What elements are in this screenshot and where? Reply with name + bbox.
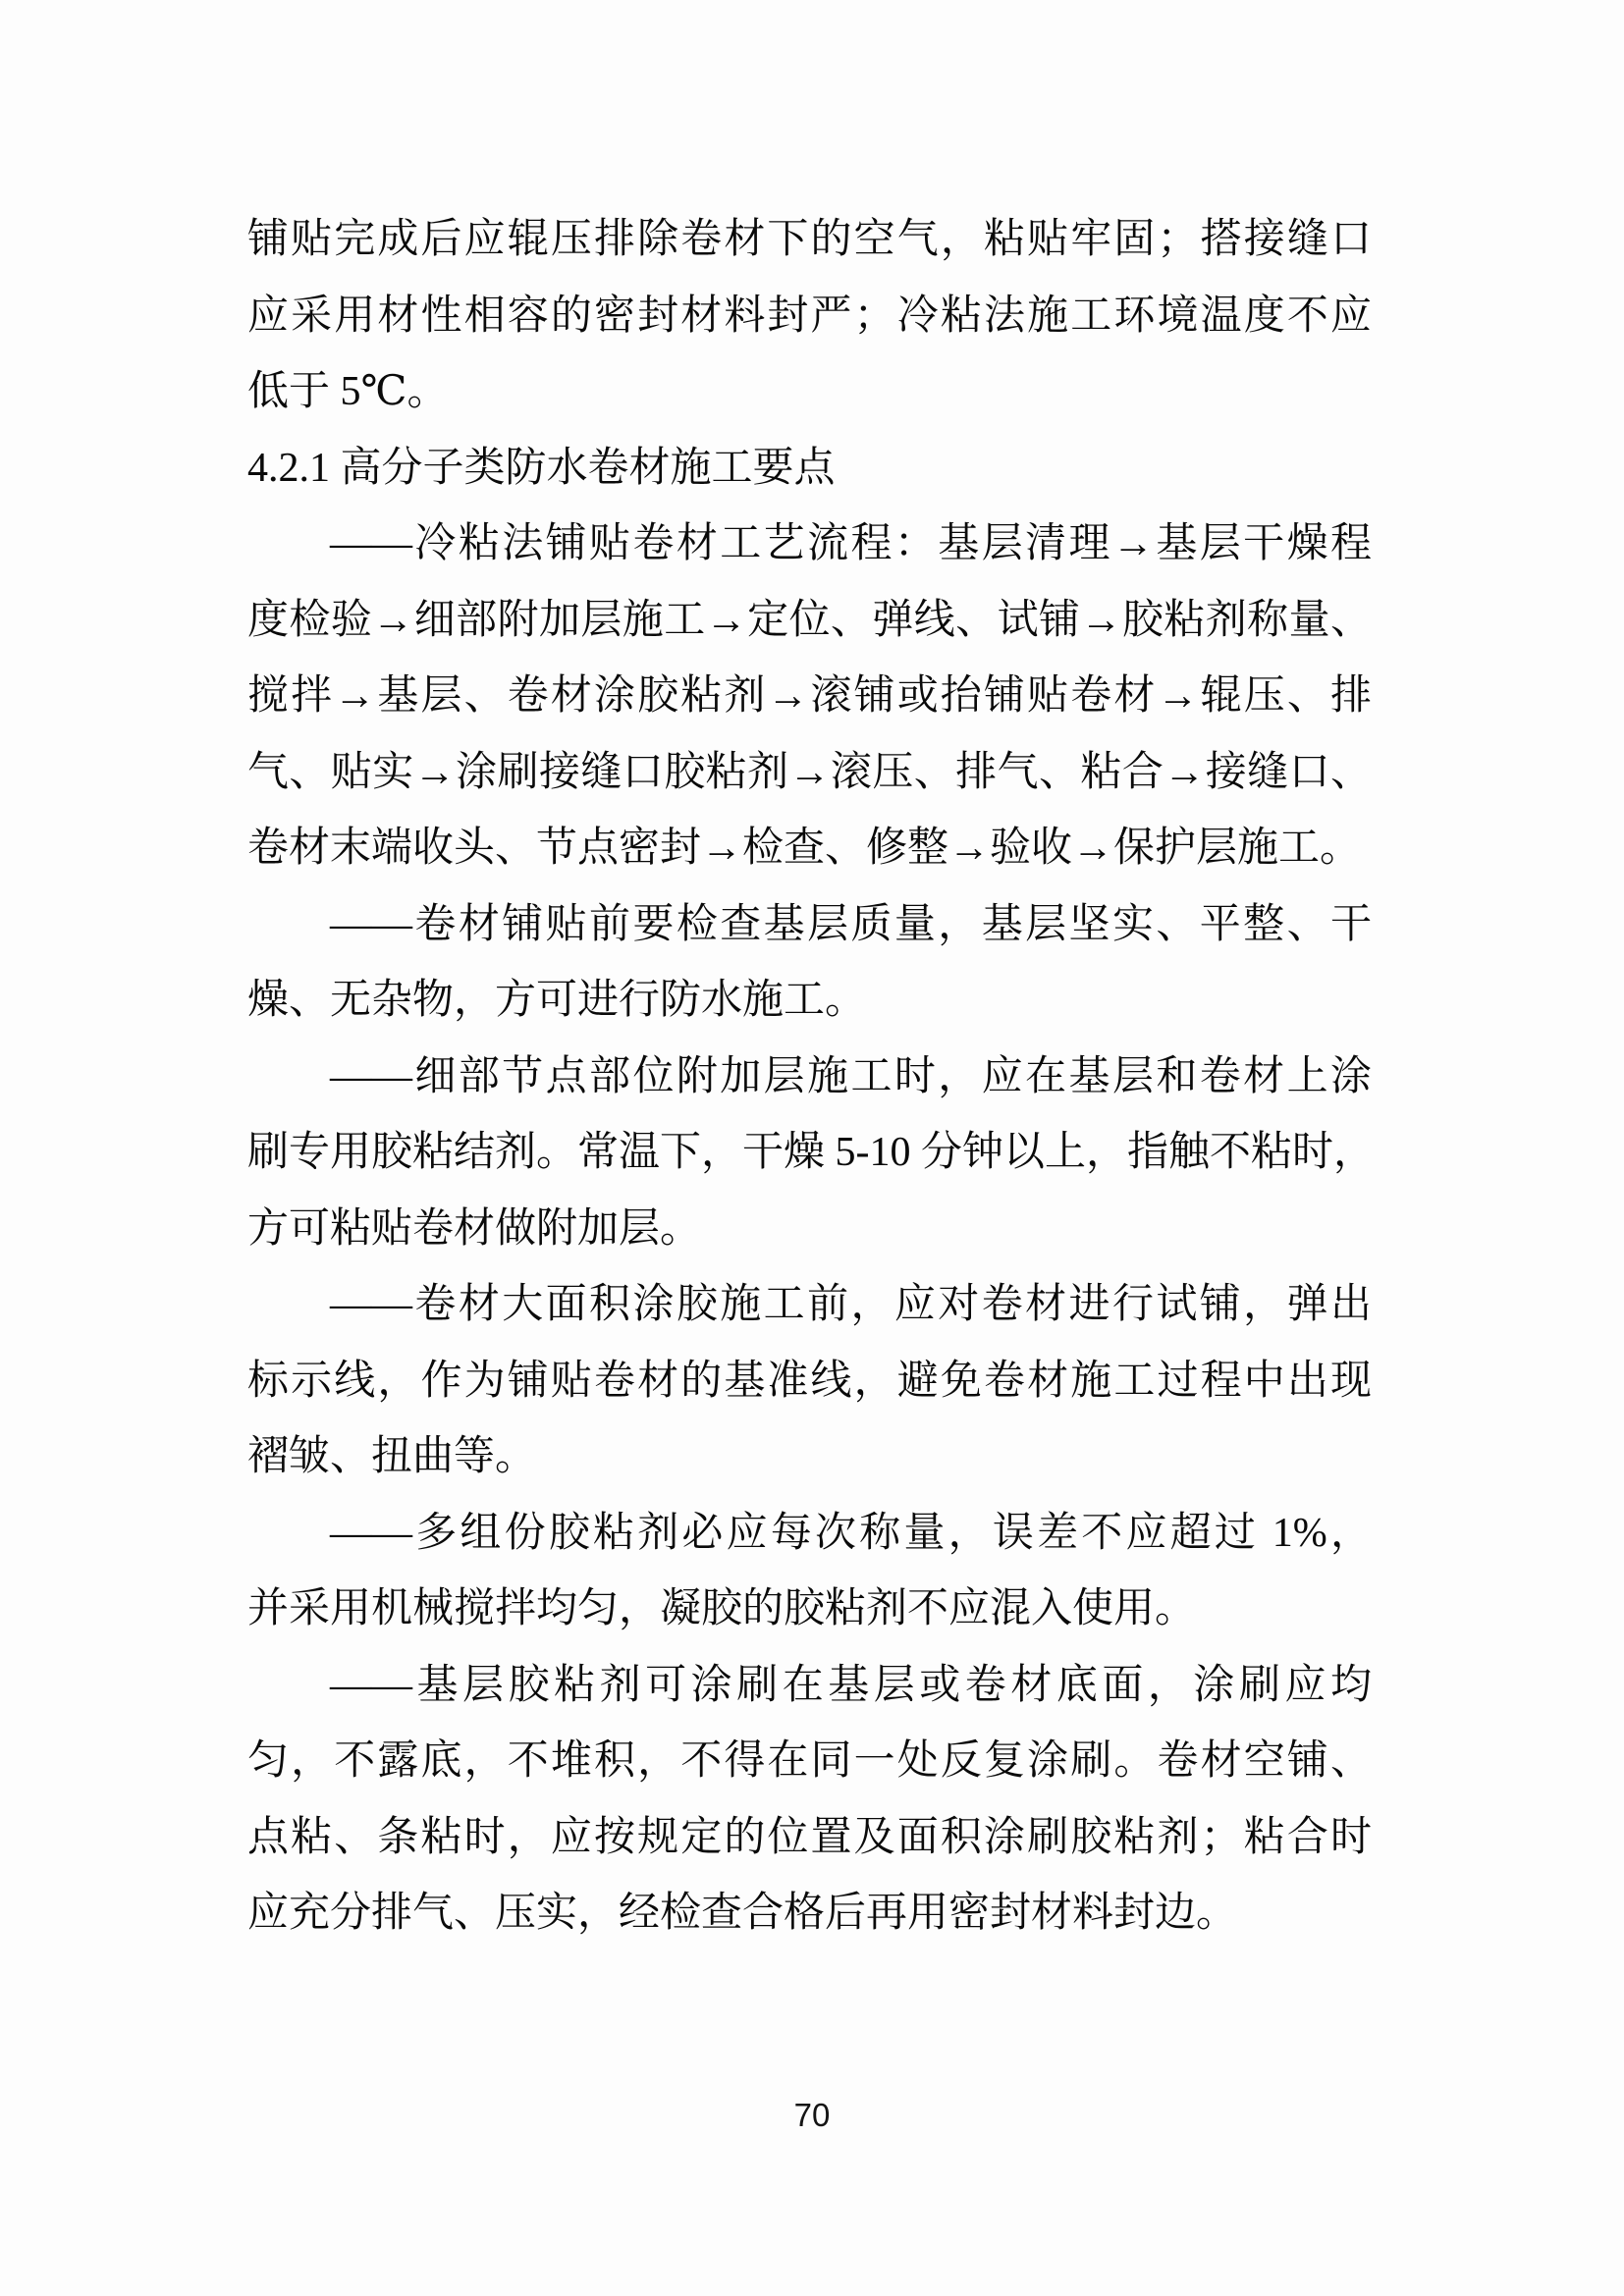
text-line: ——细部节点部位附加层施工时，应在基层和卷材上涂 [247,1040,1372,1116]
paragraph-adhesive-weighing: ——多组份胶粘剂必应每次称量，误差不应超过 1%， 并采用机械搅拌均匀，凝胶的胶… [247,1496,1372,1648]
paragraph-trial-laying: ——卷材大面积涂胶施工前，应对卷材进行试铺，弹出 标示线，作为铺贴卷材的基准线，… [247,1267,1372,1496]
text-line: 刷专用胶粘结剂。常温下，干燥 5-10 分钟以上，指触不粘时， [247,1115,1372,1192]
section-heading-line: 4.2.1 高分子类防水卷材施工要点 [247,431,1372,507]
text-line: 匀，不露底，不堆积，不得在同一处反复涂刷。卷材空铺、 [247,1724,1372,1800]
text-line: ——基层胶粘剂可涂刷在基层或卷材底面，涂刷应均 [247,1648,1372,1725]
text-line: ——卷材大面积涂胶施工前，应对卷材进行试铺，弹出 [247,1267,1372,1344]
text-line: 标示线，作为铺贴卷材的基准线，避免卷材施工过程中出现 [247,1344,1372,1420]
document-body: 铺贴完成后应辊压排除卷材下的空气，粘贴牢固；搭接缝口 应采用材性相容的密封材料封… [247,202,1372,1952]
document-page: 铺贴完成后应辊压排除卷材下的空气，粘贴牢固；搭接缝口 应采用材性相容的密封材料封… [0,0,1624,2296]
text-line: 方可粘贴卷材做附加层。 [247,1192,1372,1268]
text-line: 应充分排气、压实，经检查合格后再用密封材料封边。 [247,1876,1372,1952]
text-line: 并采用机械搅拌均匀，凝胶的胶粘剂不应混入使用。 [247,1572,1372,1648]
paragraph-detail-node-layer: ——细部节点部位附加层施工时，应在基层和卷材上涂 刷专用胶粘结剂。常温下，干燥 … [247,1040,1372,1268]
text-line: ——多组份胶粘剂必应每次称量，误差不应超过 1%， [247,1496,1372,1573]
text-line: 点粘、条粘时，应按规定的位置及面积涂刷胶粘剂；粘合时 [247,1800,1372,1877]
text-line: 应采用材性相容的密封材料封严；冷粘法施工环境温度不应 [247,279,1372,355]
text-line: 气、贴实→涂刷接缝口胶粘剂→滚压、排气、粘合→接缝口、 [247,735,1372,812]
paragraph-intro-continuation: 铺贴完成后应辊压排除卷材下的空气，粘贴牢固；搭接缝口 应采用材性相容的密封材料封… [247,202,1372,431]
paragraph-process-flow: ——冷粘法铺贴卷材工艺流程：基层清理→基层干燥程 度检验→细部附加层施工→定位、… [247,507,1372,887]
text-line: 度检验→细部附加层施工→定位、弹线、试铺→胶粘剂称量、 [247,583,1372,660]
text-line: 卷材末端收头、节点密封→检查、修整→验收→保护层施工。 [247,811,1372,887]
text-line: 低于 5℃。 [247,354,1372,431]
text-line: ——冷粘法铺贴卷材工艺流程：基层清理→基层干燥程 [247,507,1372,583]
section-heading-4-2-1: 4.2.1 高分子类防水卷材施工要点 [247,431,1372,507]
text-line: 铺贴完成后应辊压排除卷材下的空气，粘贴牢固；搭接缝口 [247,202,1372,279]
paragraph-base-adhesive-application: ——基层胶粘剂可涂刷在基层或卷材底面，涂刷应均 匀，不露底，不堆积，不得在同一处… [247,1648,1372,1952]
paragraph-base-quality-check: ——卷材铺贴前要检查基层质量，基层坚实、平整、干 燥、无杂物，方可进行防水施工。 [247,887,1372,1040]
text-line: 搅拌→基层、卷材涂胶粘剂→滚铺或抬铺贴卷材→辊压、排 [247,659,1372,735]
text-line: 褶皱、扭曲等。 [247,1419,1372,1496]
text-line: 燥、无杂物，方可进行防水施工。 [247,963,1372,1040]
page-number: 70 [0,2097,1624,2134]
text-line: ——卷材铺贴前要检查基层质量，基层坚实、平整、干 [247,887,1372,964]
